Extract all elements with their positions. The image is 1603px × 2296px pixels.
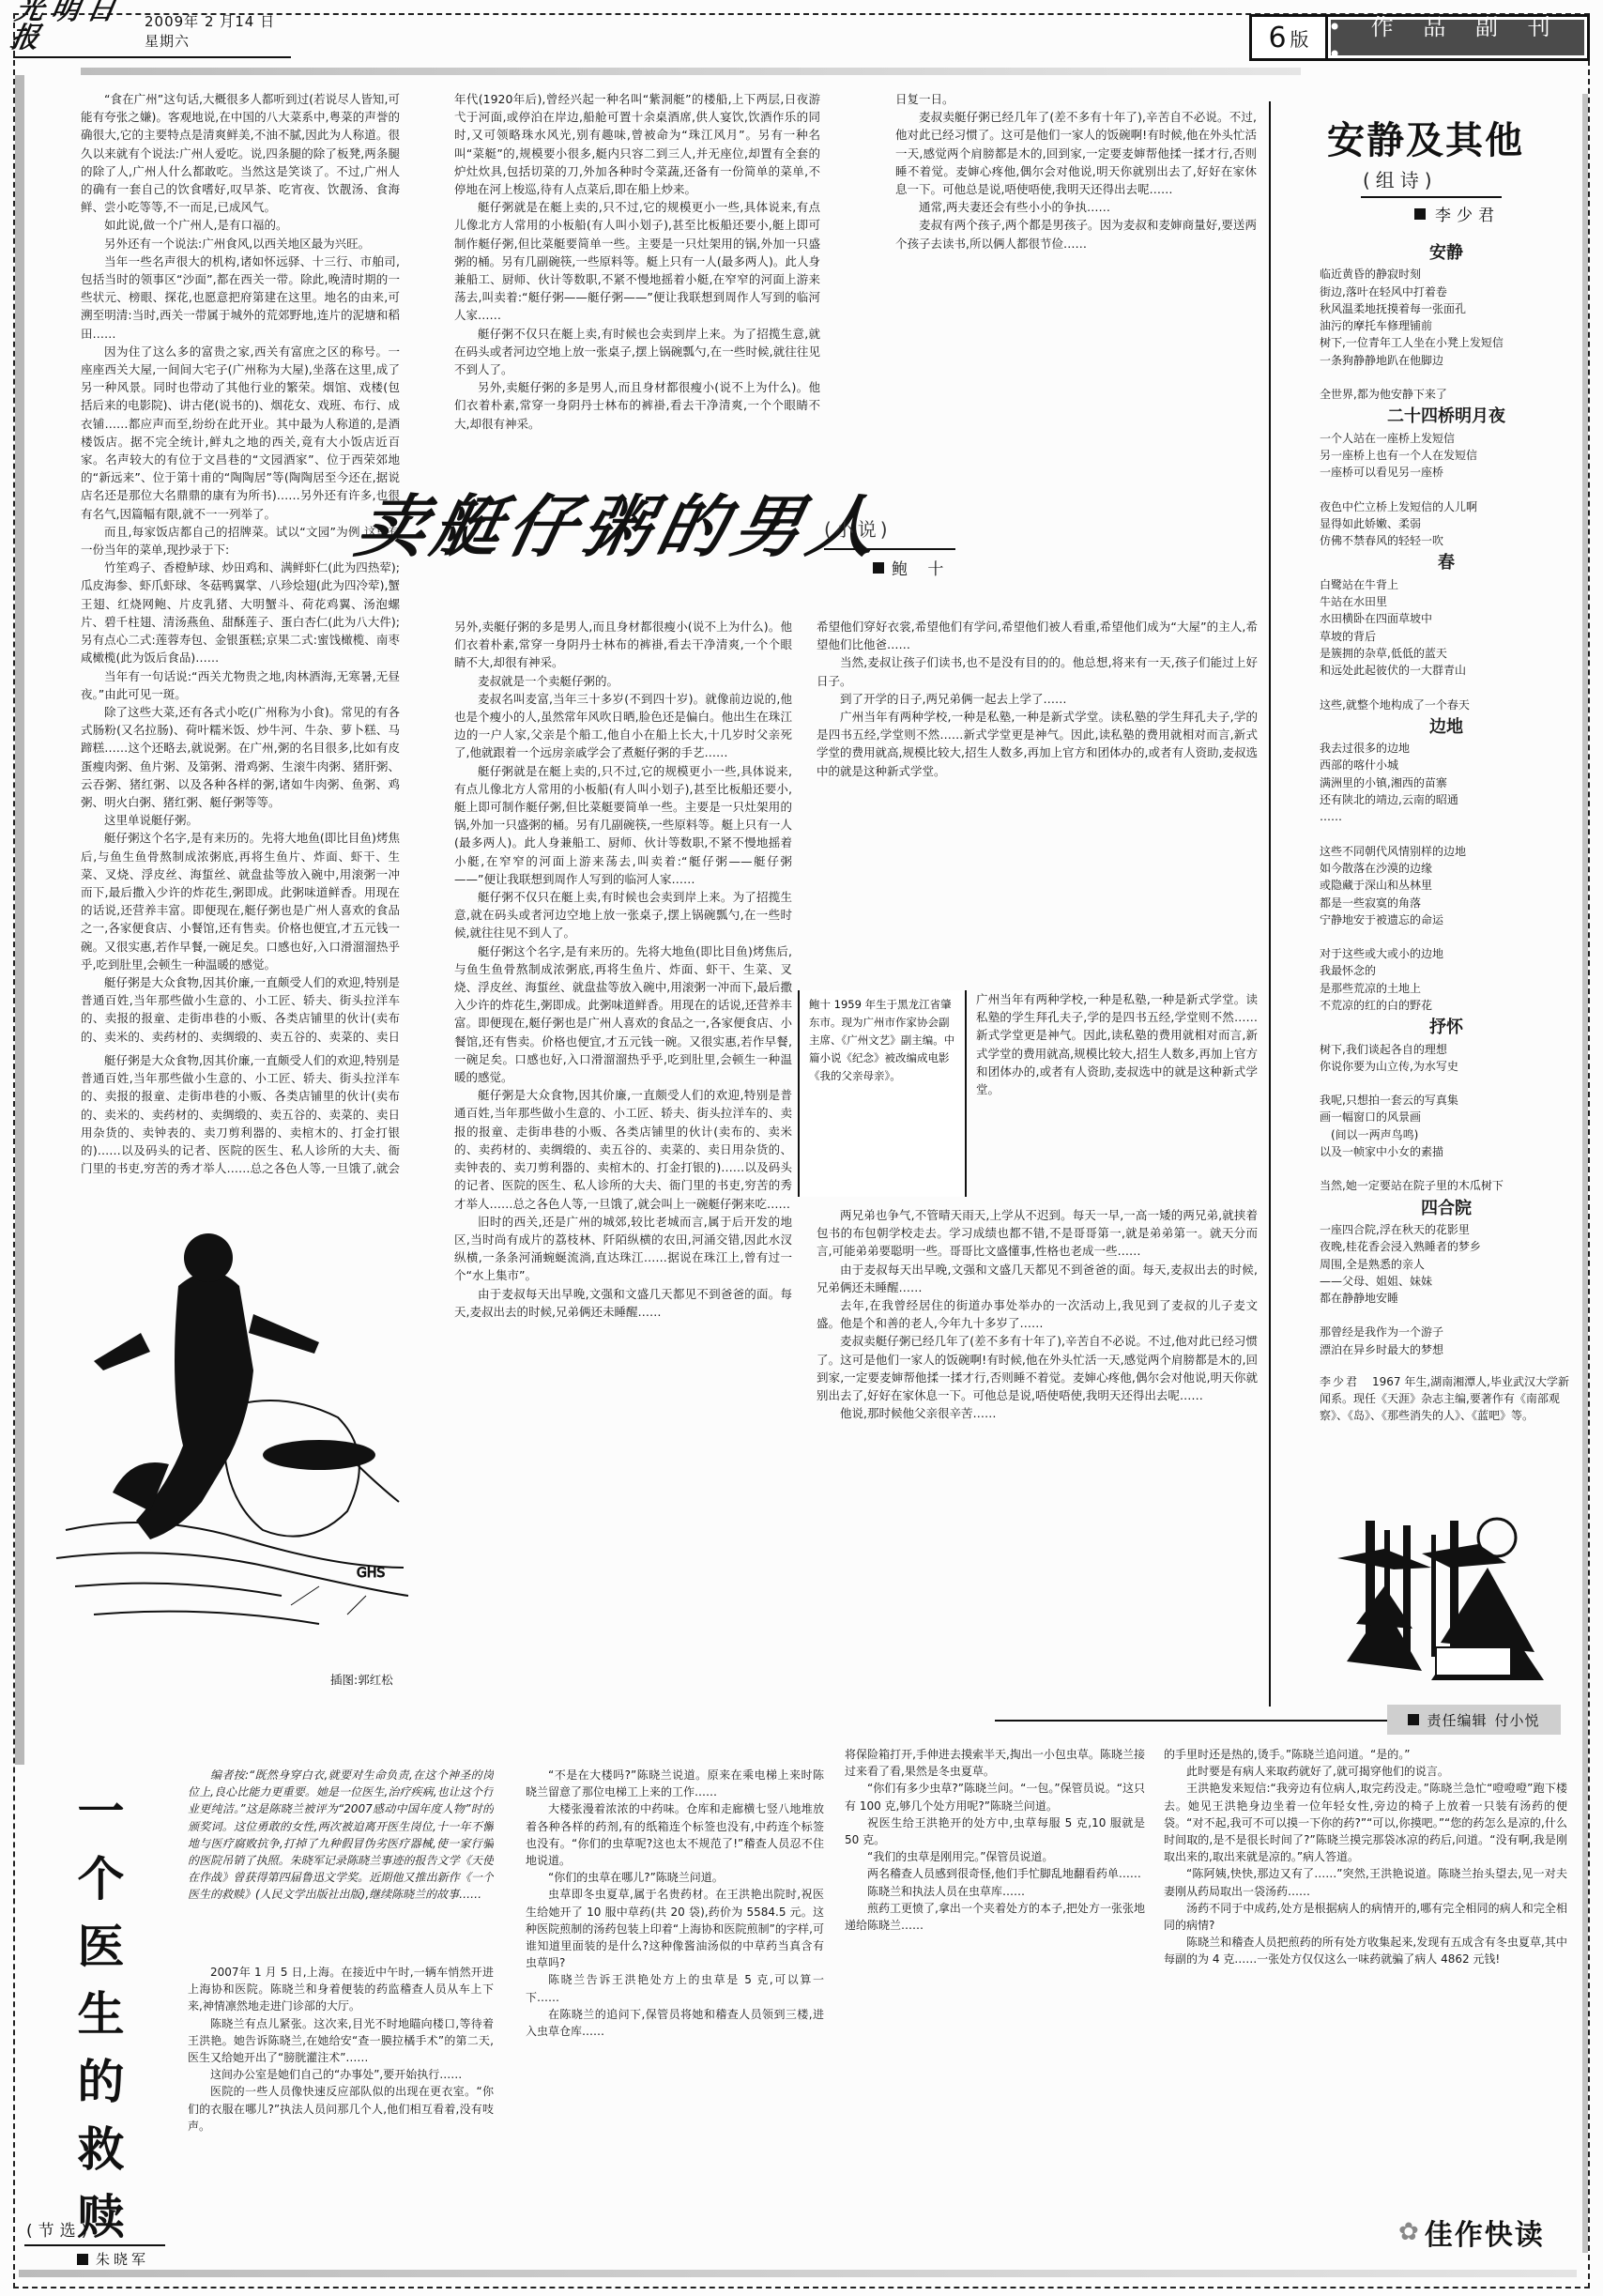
- poem-line: 牛站在水田里: [1320, 593, 1573, 610]
- paragraph: 此时要是有病人来取药就好了,就可揭穿他们的说言。: [1164, 1763, 1567, 1780]
- footer-band: [19, 2270, 1577, 2277]
- story1-column-3-top: 日复一日。 麦叔卖艇仔粥已经几年了(差不多有十年了),辛苦自不必说。不过,他对此…: [895, 90, 1257, 475]
- poem-byline-rule: [1361, 196, 1502, 198]
- paragraph: 麦叔就是一个卖艇仔粥的。: [454, 672, 792, 690]
- paragraph: 麦叔卖艇仔粥已经几年了(差不多有十年了),辛苦自不必说。不过,他对此已经习惯了。…: [817, 1332, 1258, 1404]
- poem-line: 和远处此起彼伏的一大群青山: [1320, 662, 1573, 679]
- poem-section-heading: 安静: [1320, 245, 1573, 262]
- paragraph: 陈晓兰告诉王洪艳处方上的虫草是 5 克,可以算一下……: [526, 1971, 824, 2005]
- story2-column-2: “不是在大楼吗?”陈晓兰说道。原来在乘电梯上来时陈晓兰留意了那位电梯工上来的工作…: [526, 1767, 824, 2262]
- paragraph: 虫草即冬虫夏草,属于名贵药材。在王洪艳出院时,祝医生给她开了 10 服中草药(共…: [526, 1886, 824, 1971]
- poem-line: 如今散落在沙漠的边缘: [1320, 860, 1573, 877]
- stanza-gap: [1320, 369, 1573, 386]
- svg-text:GHS: GHS: [357, 1566, 385, 1581]
- poem-line: 全世界,都为他安静下来了: [1320, 386, 1573, 403]
- story1-byline: 鲍 十: [873, 556, 951, 579]
- title-char: 医: [66, 1922, 136, 1971]
- paragraph: 这间办公室是她们自己的“办事处”,要开始执行……: [188, 2066, 494, 2083]
- story2-byline: 朱晓军: [77, 2249, 149, 2269]
- paragraph: 希望他们穿好衣裳,希望他们有学问,希望他们被人看重,希望他们成为“大屋”的主人,…: [817, 618, 1258, 653]
- paragraph: 通常,两夫妻还会有些小小的争执……: [895, 198, 1257, 216]
- title-char: 个: [66, 1855, 136, 1904]
- author-bio-box: 鲍十 1959 年生于黑龙江省肇东市。现为广州市作家协会副主席、《广州文艺》副主…: [798, 990, 967, 1197]
- poem-line: 周围,全是熟悉的亲人: [1320, 1256, 1573, 1273]
- paragraph: 煎药工更愤了,拿出一个夹着处方的本子,把处方一张张地递给陈晓兰……: [845, 1900, 1145, 1934]
- stanza-gap: [1320, 1307, 1573, 1324]
- story2-column-4: 的手里时还是热的,烫手。”陈晓兰追问道。“是的。” 此时要是有病人来取药就好了,…: [1164, 1746, 1567, 2206]
- title-char: 生: [66, 1990, 136, 2039]
- story2-editor-note: 编者按:“既然身穿白衣,就要对生命负责,在这个神圣的岗位上,良心比能力更重要。她…: [188, 1767, 494, 1964]
- poem-line: 另一座桥上也有一个人在发短信: [1320, 447, 1573, 464]
- poem-line: 画一幅窗口的风景画: [1320, 1109, 1573, 1125]
- stanza-gap: [1320, 1160, 1573, 1177]
- stanza-gap: [1320, 826, 1573, 843]
- right-margin-band: [1582, 94, 1588, 2253]
- poem-author: 李少君: [1435, 202, 1500, 225]
- poem-line: 仿佛不禁春风的轻轻一吹: [1320, 532, 1573, 549]
- paragraph: 广州当年有两种学校,一种是私塾,一种是新式学堂。读私塾的学生拜孔夫子,学的是四书…: [976, 990, 1258, 1098]
- paragraph: 日复一日。: [895, 90, 1257, 108]
- story1-column-1b: 艇仔粥是大众食物,因其价廉,一直颇受人们的欢迎,特别是普通百姓,当年那些做小生意…: [81, 1051, 400, 1173]
- newspaper-logo: 光明日报: [8, 0, 128, 53]
- story1-author: 鲍 十: [892, 556, 951, 579]
- poem-line: 西部的喀什小城: [1320, 757, 1573, 773]
- quick-read-banner: ✿ 佳作快读: [1398, 2213, 1581, 2251]
- paragraph: “你们有多少虫草?”陈晓兰问。“一包。”保管员说。“这只有 100 克,够几个处…: [845, 1780, 1145, 1814]
- editor-label: 责任编辑: [1427, 1710, 1487, 1730]
- paragraph: 医院的一些人员像快速反应部队似的出现在更衣室。“你们的衣服在哪儿?”执法人员问那…: [188, 2083, 494, 2135]
- poem-line: 夜色中伫立桥上发短信的人儿啊: [1320, 498, 1573, 515]
- illustration-caption: 插图:郭红松: [330, 1671, 393, 1688]
- paragraph: 麦叔卖艇仔粥已经几年了(差不多有十年了),辛苦自不必说。不过,他对此已经习惯了。…: [895, 108, 1257, 198]
- square-bullet-icon: [1414, 208, 1426, 220]
- paragraph: 艇仔粥不仅只在艇上卖,有时候也会卖到岸上来。为了招揽生意,就在码头或者河边空地上…: [454, 888, 792, 942]
- paragraph: 大楼张漫着浓浓的中药味。仓库和走廊横七竖八地堆放着各种各样的药剂,有的纸箱连个标…: [526, 1800, 824, 1869]
- poem-line: 草坡的背后: [1320, 628, 1573, 645]
- title-char: 救: [66, 2125, 136, 2174]
- poem-line: 那曾经是我作为一个游子: [1320, 1324, 1573, 1340]
- poet-bio: 李少君1967 年生,湖南湘潭人,毕业武汉大学新闻系。现任《天涯》杂志主编,要著…: [1320, 1373, 1573, 1424]
- poem-line: 都在静静地安睡: [1320, 1290, 1573, 1307]
- poem-line: 宁静地安于被遗忘的命运: [1320, 911, 1573, 928]
- poem-line: 临近黄昏的静寂时刻: [1320, 266, 1573, 283]
- story1-column-3-beside-bio: 广州当年有两种学校,一种是私塾,一种是新式学堂。读私塾的学生拜孔夫子,学的是四书…: [976, 990, 1258, 1197]
- poem-illustration: [1328, 1511, 1553, 1694]
- paragraph: 当年有一句话说:“西关尤物贵之地,肉林酒海,无寒暑,无昼夜。”由此可见一斑。: [81, 667, 400, 703]
- paragraph: 广州当年有两种学校,一种是私塾,一种是新式学堂。读私塾的学生拜孔夫子,学的是四书…: [817, 708, 1258, 780]
- paragraph: 除了这些大菜,还有各式小吃(广州称为小食)。常见的有各式肠粉(又名拉肠)、荷叶糯…: [81, 703, 400, 811]
- poem-line: 水田横卧在四面草坡中: [1320, 610, 1573, 627]
- page-number-box: 6版: [1249, 14, 1328, 61]
- paragraph: 艇仔粥是大众食物,因其价廉,一直颇受人们的欢迎,特别是普通百姓,当年那些做小生意…: [81, 1051, 400, 1173]
- paragraph: 陈晓兰和执法人员在虫草库……: [845, 1883, 1145, 1900]
- story1-column-3-mid: 希望他们穿好衣裳,希望他们有学问,希望他们被人看重,希望他们成为“大屋”的主人,…: [817, 618, 1258, 984]
- paragraph: 如此说,做一个广州人,是有口福的。: [81, 216, 400, 234]
- poem-line: 树下,一位青年工人坐在小凳上发短信: [1320, 334, 1573, 351]
- paragraph: 到了开学的日子,两兄弟俩一起去上学了……: [817, 690, 1258, 708]
- poem-genre: (组诗): [1363, 165, 1438, 192]
- poem-line: 秋风温柔地抚摸着每一张面孔: [1320, 300, 1573, 317]
- issue-weekday: 星期六: [145, 33, 190, 50]
- poem-title: 安静及其他: [1327, 111, 1524, 164]
- paragraph: “食在广州”这句话,大概很多人都听到过(若说尽人皆知,可能有夸张之嫌)。客观地说…: [81, 90, 400, 216]
- paragraph: 另外,卖艇仔粥的多是男人,而且身材都很瘦小(说不上为什么)。他们衣着朴素,常穿一…: [454, 618, 792, 672]
- paragraph: 因为住了这么多的富贵之家,西关有富庶之区的称号。一座座西关大屋,一间间大宅子(广…: [81, 343, 400, 523]
- poem-line: ……: [1320, 808, 1573, 825]
- poem-line: 这些,就整个地构成了一个春天: [1320, 696, 1573, 713]
- story1-column-2-bottom: 另外,卖艇仔粥的多是男人,而且身材都很瘦小(说不上为什么)。他们衣着朴素,常穿一…: [454, 618, 792, 1697]
- poem-line: ——父母、姐姐、妹妹: [1320, 1273, 1573, 1290]
- story1-column-2-top: 年代(1920年后),曾经兴起一种名叫“紫洞艇”的楼船,上下两层,日夜游弋于河面…: [454, 90, 820, 475]
- quick-read-label: 佳作快读: [1425, 2212, 1545, 2253]
- paragraph: 去年,在我曾经居住的街道办事处举办的一次活动上,我见到了麦叔的儿子麦文盛。他是个…: [817, 1296, 1258, 1332]
- poem-column: 安静临近黄昏的静寂时刻街边,落叶在轻风中打着卷秋风温柔地抚摸着每一张面孔油污的摩…: [1320, 239, 1573, 1424]
- paragraph: “你们的虫草在哪儿?”陈晓兰问道。: [526, 1869, 824, 1886]
- paragraph: 他说,那时候他父亲很辛苦……: [817, 1404, 1258, 1422]
- paragraph: 艇仔粥就是在艇上卖的,只不过,它的规模更小一些,具体说来,有点儿像北方人常用的小…: [454, 762, 792, 888]
- poem-line: 一条狗静静地趴在他脚边: [1320, 352, 1573, 369]
- story1-genre: (小说): [824, 514, 892, 542]
- story2-column-1: 2007年 1 月 5 日,上海。在接近中午时,一辆车悄然开进上海协和医院。陈晓…: [188, 1964, 494, 2262]
- poem-line: 我最怀念的: [1320, 962, 1573, 979]
- paragraph: “我们的虫草是刚用完。”保管员说道。: [845, 1848, 1145, 1865]
- poem-line: 以及一帧家中小女的素描: [1320, 1143, 1573, 1160]
- paragraph: 祝医生给王洪艳开的处方中,虫草每服 5 克,10 服就是 50 克。: [845, 1814, 1145, 1848]
- paragraph: 陈晓兰和稽查人员把煎药的所有处方收集起来,发现有五成含有冬虫夏草,其中每副的为 …: [1164, 1934, 1567, 1967]
- poem-line: (间以一两声鸟鸣): [1320, 1126, 1573, 1143]
- dateline: 2009年 2 月14 日 星期六: [145, 11, 291, 53]
- poem-section-heading: 抒怀: [1320, 1019, 1573, 1036]
- poem-line: 对于这些或大或小的边地: [1320, 945, 1573, 962]
- paragraph: 旧时的西关,还是广州的城郊,较比老城而言,属于后开发的地区,当时尚有成片的荔枝林…: [454, 1213, 792, 1285]
- paragraph: 陈晓兰有点儿紧张。这次来,目光不时地瞄向楼口,等待着王洪艳。她告诉陈晓兰,在她给…: [188, 2015, 494, 2067]
- paragraph: 由于麦叔每天出早晚,文强和文盛几天都见不到爸爸的面。每天,麦叔出去的时候,兄弟俩…: [817, 1261, 1258, 1296]
- paragraph: 的手里时还是热的,烫手。”陈晓兰追问道。“是的。”: [1164, 1746, 1567, 1763]
- paragraph: 由于麦叔每天出早晚,文强和文盛几天都见不到爸爸的面。每天,麦叔出去的时候,兄弟俩…: [454, 1285, 792, 1321]
- story2-excerpt-tag: (节选): [26, 2217, 93, 2241]
- story1-column-3-bottom: 两兄弟也争气,不管晴天雨天,上学从不迟到。每天一早,一高一矮的两兄弟,就挟着包书…: [817, 1206, 1258, 1699]
- paragraph: 艇仔粥这个名字,是有来历的。先将大地鱼(即比目鱼)烤焦后,与鱼生鱼骨熬制成浓粥底…: [454, 942, 792, 1087]
- poem-line: 一个人站在一座桥上发短信: [1320, 430, 1573, 447]
- poem-line: 不荒凉的红的白的野花: [1320, 997, 1573, 1014]
- paragraph: 艇仔粥就是在艇上卖的,只不过,它的规模更小一些,具体说来,有点儿像北方人常用的小…: [454, 198, 820, 324]
- paragraph: 当年一些名声很大的机构,诸如怀远驿、十三行、市舶司,包括当时的领事区“沙面”,都…: [81, 253, 400, 343]
- poet-bio-name: 李少君: [1320, 1375, 1359, 1388]
- issue-date: 2009年 2 月14 日: [145, 13, 275, 30]
- paragraph: “不是在大楼吗?”陈晓兰说道。原来在乘电梯上来时陈晓兰留意了那位电梯工上来的工作…: [526, 1767, 824, 1800]
- paragraph: 在陈晓兰的追问下,保管员将她和稽查人员领到三楼,进入虫草仓库……: [526, 2006, 824, 2040]
- paragraph: 年代(1920年后),曾经兴起一种名叫“紫洞艇”的楼船,上下两层,日夜游弋于河面…: [454, 90, 820, 198]
- byline-rule: [824, 548, 955, 550]
- section-banner: • 作 品 副 刊 •: [1325, 14, 1590, 61]
- stanza-gap: [1320, 928, 1573, 945]
- page-number: 6: [1268, 22, 1286, 54]
- square-bullet-icon: [873, 562, 884, 574]
- poem-section-heading: 春: [1320, 555, 1573, 572]
- square-bullet-icon: [77, 2254, 88, 2265]
- paragraph: “陈阿姨,快快,那边又有了……”突然,王洪艳说道。陈晓兰抬头望去,见一对夫妻刚从…: [1164, 1865, 1567, 1899]
- paragraph: 当然,麦叔让孩子们读书,也不是没有目的的。他总想,将来有一天,孩子们能过上好日子…: [817, 653, 1258, 689]
- poem-line: 树下,我们谈起各自的理想: [1320, 1041, 1573, 1058]
- title-char: 一: [66, 1787, 136, 1836]
- editor-note-text: 编者按:“既然身穿白衣,就要对生命负责,在这个神圣的岗位上,良心比能力更重要。她…: [188, 1767, 494, 1904]
- poem-line: 当然,她一定要站在院子里的木瓜树下: [1320, 1177, 1573, 1194]
- poem-section-heading: 二十四桥明月夜: [1320, 408, 1573, 425]
- paragraph: 艇仔粥不仅只在艇上卖,有时候也会卖到岸上来。为了招揽生意,就在码头或者河边空地上…: [454, 325, 820, 379]
- poem-line: 一座四合院,浮在秋天的花影里: [1320, 1221, 1573, 1238]
- paragraph: 另外还有一个说法:广州食风,以西关地区最为兴旺。: [81, 235, 400, 253]
- poem-section-heading: 边地: [1320, 719, 1573, 736]
- paragraph: 麦叔有两个孩子,两个都是男孩子。因为麦叔和麦婶商量好,要送两个孩子去读书,所以俩…: [895, 216, 1257, 252]
- paragraph: 艇仔粥是大众食物,因其价廉,一直颇受人们的欢迎,特别是普通百姓,当年那些做小生意…: [454, 1086, 792, 1212]
- poem-line: 你说你要为山立传,为水写史: [1320, 1058, 1573, 1075]
- square-bullet-icon: [1408, 1714, 1419, 1725]
- poem-line: 一座桥可以看见另一座桥: [1320, 464, 1573, 481]
- poem-line: 是那些荒凉的土地上: [1320, 980, 1573, 997]
- stanza-gap: [1320, 482, 1573, 498]
- paragraph: 2007年 1 月 5 日,上海。在接近中午时,一辆车悄然开进上海协和医院。陈晓…: [188, 1964, 494, 2015]
- poem-line: 是簇拥的杂草,低低的蓝天: [1320, 645, 1573, 662]
- story2-byline-rule: [24, 2244, 165, 2246]
- paragraph: 麦叔名叫麦富,当年三十多岁(不到四十岁)。就像前边说的,他也是个瘦小的人,虽然常…: [454, 690, 792, 762]
- poem-line: 这些不同朝代风情别样的边地: [1320, 843, 1573, 860]
- paragraph: 汤药不同于中成药,处方是根据病人的病情开的,哪有完全相同的病人和完全相同的病情?: [1164, 1900, 1567, 1934]
- poem-line: 显得如此娇嫩、柔弱: [1320, 515, 1573, 532]
- flower-icon: ✿: [1398, 2218, 1419, 2246]
- paragraph: 将保险箱打开,手伸进去摸索半天,掏出一小包虫草。陈晓兰接过来看了看,果然是冬虫夏…: [845, 1746, 1145, 1780]
- poem-line: 满洲里的小镇,湘西的苗寨: [1320, 774, 1573, 791]
- poem-line: 我呢,只想拍一套云的写真集: [1320, 1092, 1573, 1109]
- story1-title: 卖艇仔粥的男人: [351, 493, 891, 560]
- poem-line: 我去过很多的边地: [1320, 740, 1573, 757]
- left-margin-band: [15, 75, 24, 1765]
- column-divider: [1269, 101, 1271, 1707]
- paragraph: 两兄弟也争气,不管晴天雨天,上学从不迟到。每天一早,一高一矮的两兄弟,就挟着包书…: [817, 1206, 1258, 1261]
- poem-line: 都是一些寂寞的角落: [1320, 895, 1573, 911]
- paragraph: 王洪艳发来短信:“我旁边有位病人,取完药没走。”陈晓兰急忙“噔噔噔”跑下楼去。她…: [1164, 1780, 1567, 1865]
- editor-credit: 责任编辑 付小悦: [1387, 1705, 1561, 1735]
- poem-line: 或隐藏于深山和丛林里: [1320, 877, 1573, 894]
- stanza-gap: [1320, 1075, 1573, 1092]
- story1-illustration: GHS: [38, 1173, 413, 1661]
- header-band: [81, 68, 1301, 75]
- story2-author: 朱晓军: [96, 2249, 149, 2269]
- poem-line: 街边,落叶在轻风中打着卷: [1320, 283, 1573, 300]
- poem-section-heading: 四合院: [1320, 1201, 1573, 1217]
- paragraph: 竹笙鸡子、香橙鲈球、炒田鸡和、满鲜虾仁(此为四热荤);瓜皮海参、虾爪虾球、冬菇鸭…: [81, 559, 400, 666]
- masthead: 光明日报 2009年 2 月14 日 星期六: [13, 19, 291, 58]
- paragraph: 艇仔粥这个名字,是有来历的。先将大地鱼(即比目鱼)烤焦后,与鱼生鱼骨熬制成浓粥底…: [81, 829, 400, 973]
- story2-column-3: 将保险箱打开,手伸进去摸索半天,掏出一小包虫草。陈晓兰接过来看了看,果然是冬虫夏…: [845, 1746, 1145, 2262]
- poem-line: 白鹭站在牛背上: [1320, 576, 1573, 593]
- editor-rule: [995, 1720, 1387, 1722]
- page-unit: 版: [1290, 24, 1309, 52]
- paragraph: 艇仔粥是大众食物,因其价廉,一直颇受人们的欢迎,特别是普通百姓,当年那些做小生意…: [81, 973, 400, 1048]
- poem-line: 油污的摩托车修理铺前: [1320, 317, 1573, 334]
- poem-line: 漂泊在异乡时最大的梦想: [1320, 1341, 1573, 1358]
- paragraph: 这里单说艇仔粥。: [81, 811, 400, 829]
- poem-byline: 李少君: [1414, 202, 1500, 225]
- title-char: 的: [66, 2058, 136, 2106]
- paragraph: 另外,卖艇仔粥的多是男人,而且身材都很瘦小(说不上为什么)。他们衣着朴素,常穿一…: [454, 378, 820, 433]
- story2-vertical-title: 一个医生的救赎: [66, 1787, 136, 2260]
- editor-name: 付小悦: [1495, 1710, 1540, 1730]
- poem-line: 夜晚,桂花香会浸入熟睡者的梦乡: [1320, 1238, 1573, 1255]
- poem-line: 还有陕北的靖边,云南的昭通: [1320, 791, 1573, 808]
- story1-column-1: “食在广州”这句话,大概很多人都听到过(若说尽人皆知,可能有夸张之嫌)。客观地说…: [81, 90, 400, 1048]
- paragraph: 两名稽查人员感到很奇怪,他们手忙脚乱地翻看药单……: [845, 1865, 1145, 1882]
- stanza-gap: [1320, 680, 1573, 696]
